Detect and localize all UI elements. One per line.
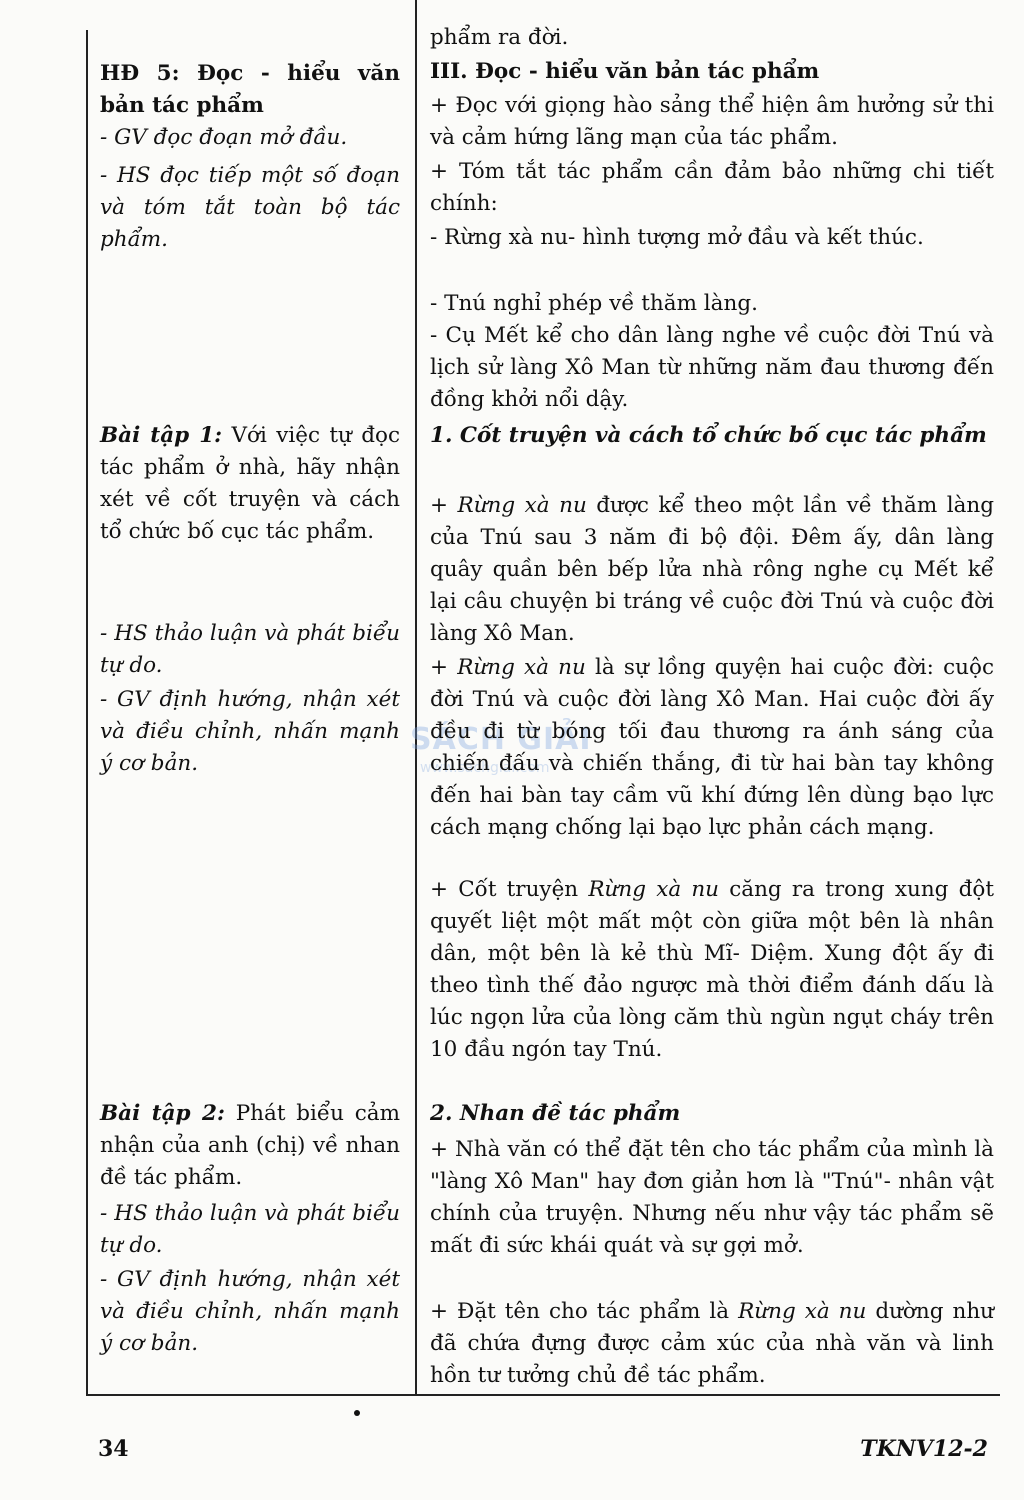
- page-number: 34: [98, 1436, 129, 1462]
- para-prefix: + Nhà văn có thể đặt tên cho tác phẩm củ…: [430, 1137, 994, 1258]
- subsection-1-title: 1. Cốt truyện và cách tổ chức bố cục tác…: [430, 420, 994, 452]
- subsection-2-para-1: + Nhà văn có thể đặt tên cho tác phẩm củ…: [430, 1134, 994, 1262]
- para-prefix: + Đặt tên cho tác phẩm là: [430, 1299, 738, 1324]
- intro-1: + Đọc với giọng hào sảng thể hiện âm hưở…: [430, 90, 994, 154]
- intro-2: + Tóm tắt tác phẩm cần đảm bảo những chi…: [430, 156, 994, 220]
- carryover-text: phẩm ra đời.: [430, 22, 994, 54]
- exercise-2-step-1: - HS thảo luận và phát biểu tự do.: [100, 1198, 400, 1262]
- para-text: căng ra trong xung đột quyết liệt một mấ…: [430, 877, 994, 1062]
- exercise-1: Bài tập 1: Với việc tự đọc tác phẩm ở nh…: [100, 420, 400, 548]
- para-prefix: +: [430, 493, 458, 518]
- subsection-1-para-2: + Rừng xà nu là sự lồng quyện hai cuộc đ…: [430, 652, 994, 844]
- work-title: Rừng xà nu: [738, 1299, 866, 1324]
- intro-4: - Tnú nghỉ phép về thăm làng.: [430, 288, 994, 320]
- exercise-1-step-2: - GV định hướng, nhận xét và điều chỉnh,…: [100, 684, 400, 780]
- para-prefix: + Cốt truyện: [430, 877, 588, 902]
- para-text: là sự lồng quyện hai cuộc đời: cuộc đời …: [430, 655, 994, 840]
- intro-5: - Cụ Mết kể cho dân làng nghe về cuộc đờ…: [430, 320, 994, 416]
- column-divider: [415, 0, 417, 1394]
- exercise-2: Bài tập 2: Phát biểu cảm nhận của anh (c…: [100, 1098, 400, 1194]
- section-3-title: III. Đọc - hiểu văn bản tác phẩm: [430, 56, 994, 88]
- intro-3: - Rừng xà nu- hình tượng mở đầu và kết t…: [430, 222, 994, 254]
- hd5-step-1: - GV đọc đoạn mở đầu.: [100, 122, 400, 154]
- hd5-step-2: - HS đọc tiếp một số đoạn và tóm tắt toà…: [100, 160, 400, 256]
- work-title: Rừng xà nu: [457, 655, 586, 680]
- para-prefix: +: [430, 655, 457, 680]
- subsection-2-para-2: + Đặt tên cho tác phẩm là Rừng xà nu dườ…: [430, 1296, 994, 1392]
- exercise-1-step-1: - HS thảo luận và phát biểu tự do.: [100, 618, 400, 682]
- subsection-1-para-3: + Cốt truyện Rừng xà nu căng ra trong xu…: [430, 874, 994, 1066]
- subsection-1-para-1: + Rừng xà nu được kể theo một lần về thă…: [430, 490, 994, 650]
- work-title: Rừng xà nu: [588, 877, 719, 902]
- work-title: Rừng xà nu: [458, 493, 587, 518]
- exercise-1-label: Bài tập 1:: [100, 423, 222, 448]
- print-dot: [354, 1410, 360, 1416]
- hd5-title: HĐ 5: Đọc - hiểu văn bản tác phẩm: [100, 58, 400, 122]
- subsection-2-title: 2. Nhan đề tác phẩm: [430, 1098, 994, 1130]
- book-code: TKNV12-2: [860, 1436, 988, 1462]
- exercise-2-label: Bài tập 2:: [100, 1101, 225, 1126]
- exercise-2-step-2: - GV định hướng, nhận xét và điều chỉnh,…: [100, 1264, 400, 1360]
